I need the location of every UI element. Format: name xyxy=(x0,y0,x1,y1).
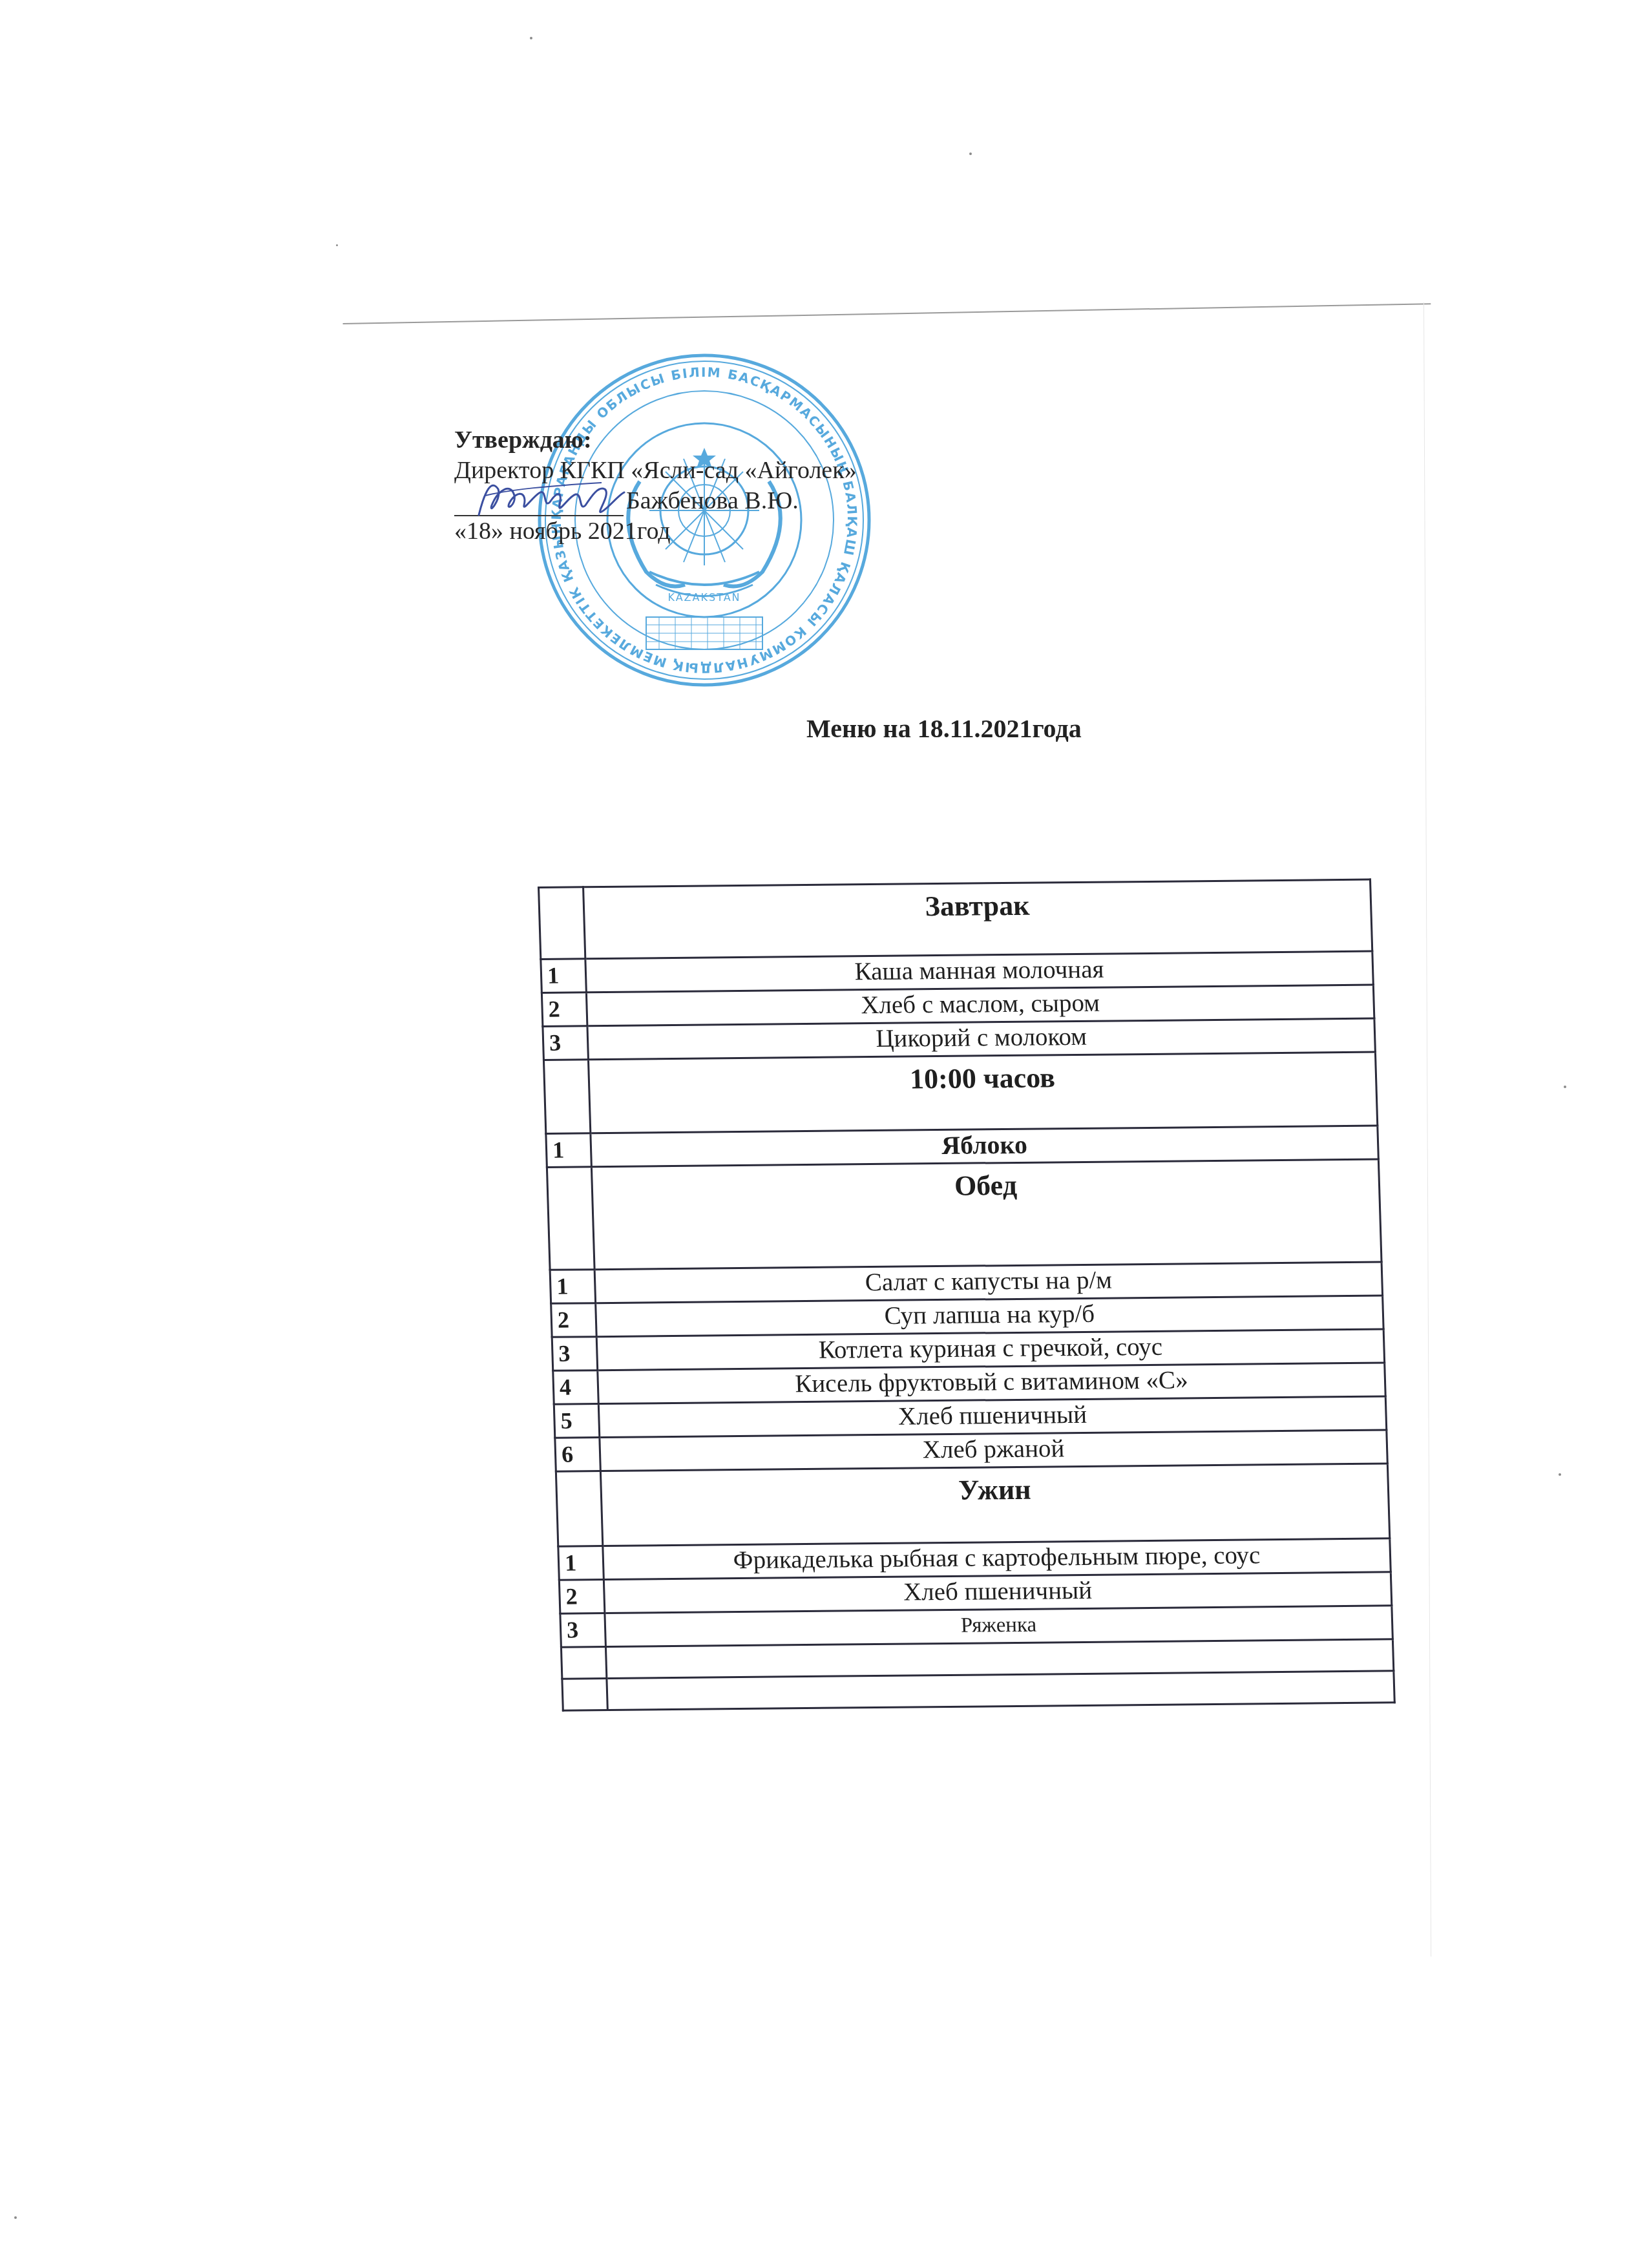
row-number: 1 xyxy=(550,1270,596,1304)
section-header-snack: 10:00 часов xyxy=(543,1052,1377,1133)
row-number: 2 xyxy=(541,992,587,1027)
dish-name xyxy=(607,1671,1394,1710)
approval-block: Утверждаю: Директор КГКП «Ясли-сад «Айго… xyxy=(454,425,857,547)
row-number: 5 xyxy=(554,1404,600,1438)
section-header-breakfast: Завтрак xyxy=(539,879,1372,959)
row-number xyxy=(539,887,585,960)
signature-field xyxy=(454,493,624,516)
row-number: 1 xyxy=(558,1546,604,1580)
signature-line: Бажбенова В.Ю. xyxy=(454,486,857,516)
section-title: Завтрак xyxy=(583,879,1372,959)
row-number xyxy=(543,1060,590,1134)
section-title: 10:00 часов xyxy=(588,1052,1377,1133)
row-number: 1 xyxy=(541,959,587,993)
row-number: 2 xyxy=(559,1580,605,1614)
paper-edge xyxy=(343,303,1431,324)
scan-speck xyxy=(969,152,972,155)
handwritten-signature-icon xyxy=(472,476,627,521)
scan-speck xyxy=(1564,1086,1566,1088)
page-title: Меню на 18.11.2021года xyxy=(806,713,1082,744)
row-number xyxy=(561,1647,606,1679)
scan-speck xyxy=(1559,1473,1561,1476)
row-number xyxy=(562,1679,607,1711)
row-number: 3 xyxy=(560,1613,606,1648)
section-header-dinner: Ужин xyxy=(556,1464,1389,1546)
row-number: 6 xyxy=(555,1438,601,1472)
scan-speck xyxy=(530,37,532,39)
row-number: 2 xyxy=(551,1303,597,1338)
menu-table: Завтрак 1 Каша манная молочная 2 Хлеб с … xyxy=(538,879,1396,1712)
scan-speck xyxy=(336,244,338,246)
row-number: 3 xyxy=(543,1026,589,1060)
section-header-lunch: Обед xyxy=(547,1159,1381,1270)
svg-text:KAZAKSTAN: KAZAKSTAN xyxy=(667,591,740,604)
section-title: Ужин xyxy=(600,1464,1389,1546)
row-number: 4 xyxy=(553,1370,599,1405)
menu-table-container: Завтрак 1 Каша манная молочная 2 Хлеб с … xyxy=(538,879,1396,1712)
row-number: 3 xyxy=(552,1337,598,1371)
paper-edge xyxy=(1423,302,1431,1957)
row-number: 1 xyxy=(546,1133,592,1168)
row-number xyxy=(556,1471,602,1547)
approval-heading: Утверждаю: xyxy=(454,425,857,456)
signer-name: Бажбенова В.Ю. xyxy=(626,486,799,516)
row-number xyxy=(547,1167,594,1270)
scan-speck xyxy=(14,2216,17,2219)
section-title: Обед xyxy=(591,1159,1381,1270)
